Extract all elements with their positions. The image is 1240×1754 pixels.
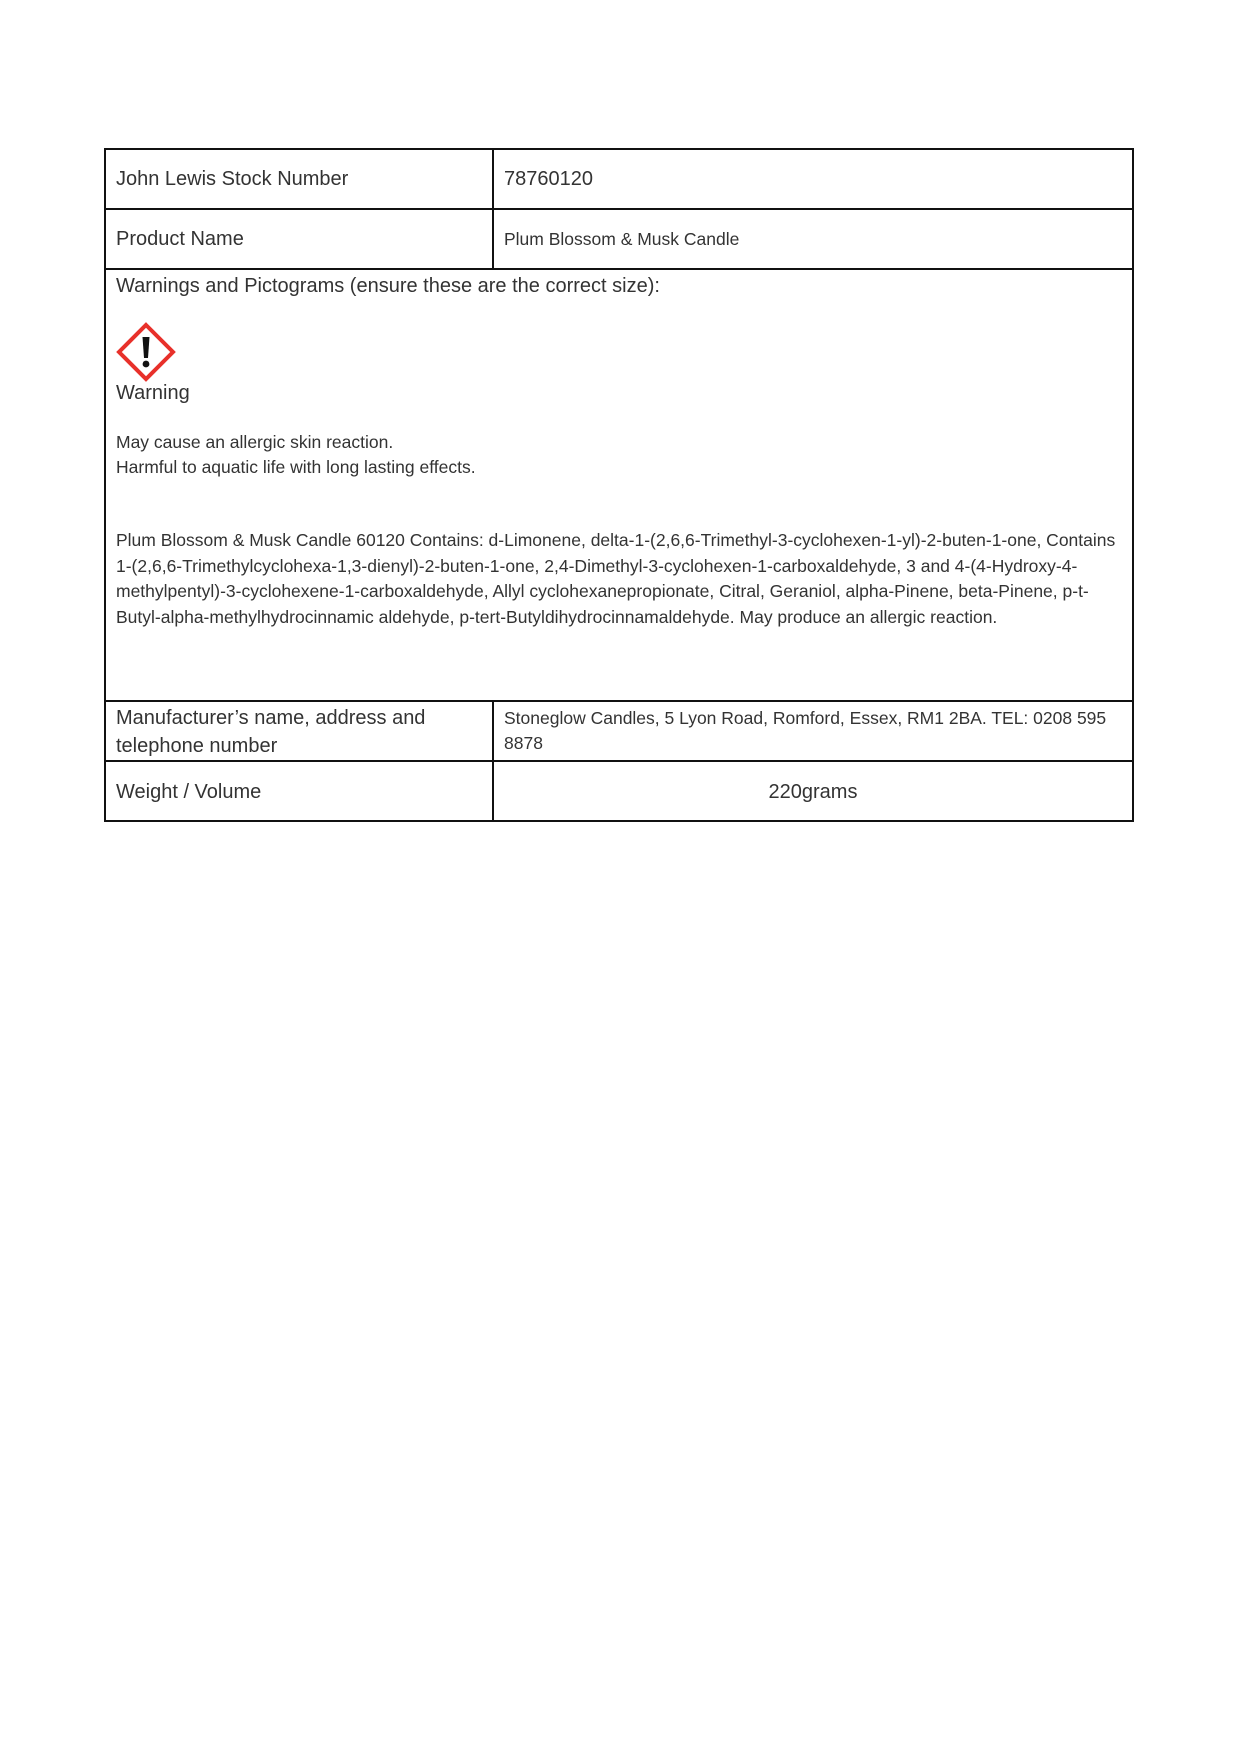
stock-number-value: 78760120	[504, 150, 1122, 193]
signal-word: Warning	[116, 380, 1122, 406]
product-name-label-cell: Product Name	[105, 209, 493, 269]
weight-label: Weight / Volume	[116, 762, 482, 806]
ghs-exclamation-mark-icon	[116, 322, 176, 382]
weight-value: 220grams	[504, 762, 1122, 806]
hazard-statements: May cause an allergic skin reaction. Har…	[116, 430, 1122, 480]
weight-row: Weight / Volume 220grams	[105, 761, 1133, 821]
ingredients-text: Plum Blossom & Musk Candle 60120 Contain…	[116, 528, 1122, 630]
product-name-label: Product Name	[116, 210, 482, 253]
hazard-statement: May cause an allergic skin reaction.	[116, 430, 1122, 455]
manufacturer-value: Stoneglow Candles, 5 Lyon Road, Romford,…	[504, 702, 1122, 756]
product-name-row: Product Name Plum Blossom & Musk Candle	[105, 209, 1133, 269]
warnings-heading: Warnings and Pictograms (ensure these ar…	[116, 272, 1122, 300]
warnings-row: Warnings and Pictograms (ensure these ar…	[105, 269, 1133, 701]
warnings-cell: Warnings and Pictograms (ensure these ar…	[105, 269, 1133, 701]
weight-label-cell: Weight / Volume	[105, 761, 493, 821]
manufacturer-label-cell: Manufacturer’s name, address and telepho…	[105, 701, 493, 761]
hazard-statement: Harmful to aquatic life with long lastin…	[116, 455, 1122, 480]
stock-number-value-cell: 78760120	[493, 149, 1133, 209]
manufacturer-row: Manufacturer’s name, address and telepho…	[105, 701, 1133, 761]
stock-number-label: John Lewis Stock Number	[116, 150, 482, 193]
weight-value-cell: 220grams	[493, 761, 1133, 821]
manufacturer-label: Manufacturer’s name, address and telepho…	[116, 702, 482, 760]
product-name-value: Plum Blossom & Musk Candle	[504, 210, 1122, 252]
stock-number-row: John Lewis Stock Number 78760120	[105, 149, 1133, 209]
product-name-value-cell: Plum Blossom & Musk Candle	[493, 209, 1133, 269]
manufacturer-value-cell: Stoneglow Candles, 5 Lyon Road, Romford,…	[493, 701, 1133, 761]
product-info-table: John Lewis Stock Number 78760120 Product…	[104, 148, 1134, 822]
stock-number-label-cell: John Lewis Stock Number	[105, 149, 493, 209]
